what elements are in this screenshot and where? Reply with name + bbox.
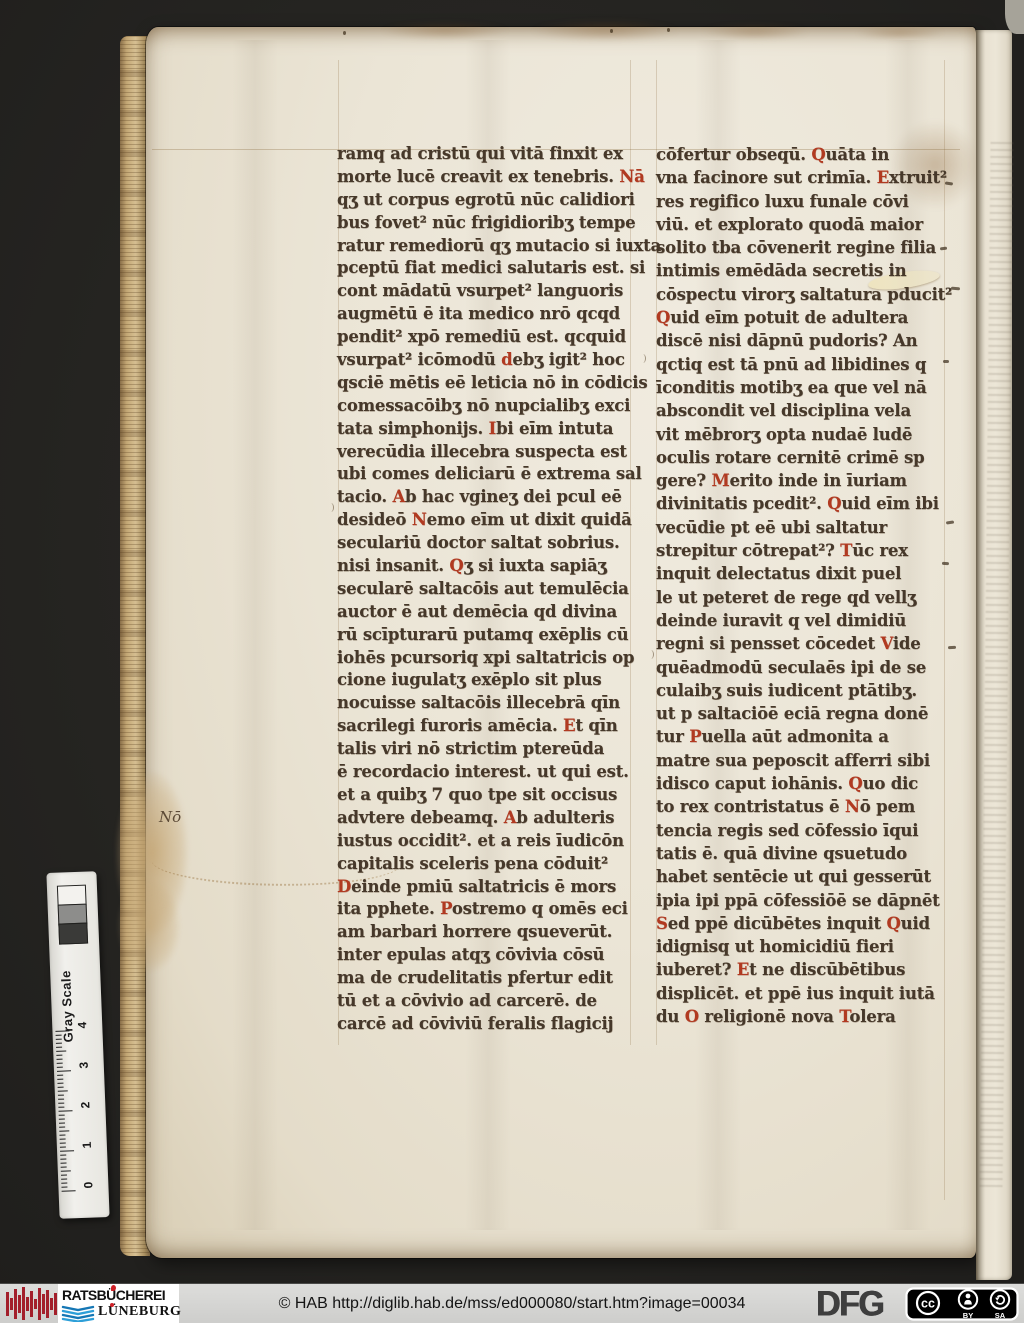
manuscript-text-line: tata simphonijs. Ibi eīm intuta bbox=[337, 418, 633, 441]
ruler-tick bbox=[59, 1110, 73, 1112]
manuscript-text-line: ratur remediorū qʒ mutacio si iuxta bbox=[337, 235, 633, 258]
photo-background: ramq ad cristū qui vitā finxit exmorte l… bbox=[0, 0, 1024, 1283]
intercolumn-mark bbox=[648, 650, 654, 659]
manuscript-text-line: talis viri nō strictim ptereūda bbox=[337, 738, 633, 761]
svg-text:SA: SA bbox=[995, 1311, 1006, 1320]
manuscript-text-line: tū et a cōvivio ad carcerē. de bbox=[337, 990, 633, 1013]
manuscript-text-line: vsurpat² icōmodū debʒ igit² hoc bbox=[337, 349, 633, 372]
manuscript-text-line: sacrilegi furoris amēcia. Et qīn bbox=[337, 715, 633, 738]
manuscript-text-line: tur Puella aūt admonita a bbox=[656, 725, 948, 748]
manuscript-text-line: augmētū ē ita medico nrō qcqd bbox=[337, 303, 633, 326]
pricking-mark bbox=[610, 29, 613, 33]
ruler-tick bbox=[58, 1087, 64, 1089]
manuscript-text-line: seculariū doctor saltat sobrius. bbox=[337, 532, 633, 555]
manuscript-text-line: abscondit vel disciplina vela bbox=[656, 399, 948, 422]
ruler-tick bbox=[60, 1155, 66, 1157]
ruler-tick bbox=[57, 1067, 63, 1069]
manuscript-text-line: rū scīpturarū putamq exēplis cū bbox=[337, 624, 633, 647]
pricking-mark bbox=[667, 28, 670, 32]
manuscript-text-line: ma de crudelitatis pfertur edit bbox=[337, 967, 633, 990]
ruler-tick bbox=[60, 1147, 66, 1149]
manuscript-text-line: viū. et explorato quodā maior bbox=[656, 213, 948, 236]
manuscript-text-line: bus fovet² nūc frigidioribʒ tempe bbox=[337, 212, 633, 235]
dfg-logo: DFG bbox=[816, 1284, 883, 1323]
ruler-tick bbox=[58, 1099, 64, 1101]
ruler-tick bbox=[58, 1095, 64, 1097]
manuscript-text-line: qctiq est tā pnū ad libidines q bbox=[656, 353, 948, 376]
manuscript-text-line: pceptū fiat medici salutaris est. si bbox=[337, 257, 633, 280]
ruler-number: 3 bbox=[77, 1062, 91, 1069]
manuscript-text-line: secularē saltacōis aut temulēcia bbox=[337, 578, 633, 601]
manuscript-text-line: to rex contristatus ē Nō pem bbox=[656, 795, 948, 818]
ruler-tick bbox=[61, 1163, 67, 1165]
ruler-tick bbox=[59, 1127, 65, 1129]
cc-license-badge: cc BY SA bbox=[905, 1287, 1019, 1323]
parchment-crease bbox=[232, 40, 278, 1230]
manuscript-text-line: idignisq ut homicidiū fieri bbox=[656, 935, 948, 958]
manuscript-text-line: iustus occidit². et a reis īudicōn bbox=[337, 830, 633, 853]
manuscript-text-line: tencia regis sed cōfessio īqui bbox=[656, 819, 948, 842]
manuscript-text-line: capitalis sceleris pena cōduit² bbox=[337, 853, 633, 876]
ruler-tick bbox=[61, 1175, 67, 1177]
intercolumn-mark bbox=[640, 354, 646, 363]
manuscript-text-line: deinde iuravit q vel dimidiū bbox=[656, 609, 948, 632]
manuscript-text-line: ita pphete. Postremo q omēs eci bbox=[337, 898, 633, 921]
manuscript-text-line: et a quibʒ 7 quo tpe sit occisus bbox=[337, 784, 633, 807]
manuscript-text-line: cione iugulatʒ exēplo sit plus bbox=[337, 669, 633, 692]
manuscript-column-left: ramq ad cristū qui vitā finxit exmorte l… bbox=[337, 143, 633, 1036]
manuscript-text-line: īconditis motibʒ ea que vel nā bbox=[656, 376, 948, 399]
manuscript-text-line: solito tba cōvenerit regine filia bbox=[656, 236, 948, 259]
manuscript-text-line: regni si pensset cōcedet Vide bbox=[656, 632, 948, 655]
manuscript-text-line: vecūdie pt eē ubi saltatur bbox=[656, 516, 948, 539]
manuscript-text-line: du O religionē nova Tolera bbox=[656, 1005, 948, 1028]
manuscript-text-line: nisi insanit. Qʒ si iuxta sapiāʒ bbox=[337, 555, 633, 578]
ruler-tick bbox=[57, 1070, 71, 1072]
manuscript-text-line: qsciē mētis eē leticia nō in cōdicis bbox=[337, 372, 633, 395]
bleed-through-text bbox=[980, 142, 1014, 1192]
ruler-tick bbox=[58, 1103, 64, 1105]
manuscript-text-line: cōspectu virorʒ saltatura pducit² bbox=[656, 283, 948, 306]
manuscript-text-line: oculis rotare cernitē crimē sp bbox=[656, 446, 948, 469]
manuscript-text-line: displicēt. et ppē ius inquit iutā bbox=[656, 982, 948, 1005]
ruler-tick bbox=[59, 1130, 69, 1132]
ruler-tick bbox=[57, 1059, 63, 1061]
ruler-tick bbox=[56, 1055, 62, 1057]
manuscript-column-right: cōfertur obseqū. Quāta invna facinore su… bbox=[656, 143, 948, 1028]
manuscript-text-line: inter epulas atqʒ cōvivia cōsū bbox=[337, 944, 633, 967]
ruler-number: 2 bbox=[78, 1101, 92, 1108]
ruler-tick bbox=[61, 1187, 67, 1189]
svg-text:cc: cc bbox=[921, 1297, 935, 1311]
ruler-number: 1 bbox=[80, 1141, 94, 1148]
facing-page-sliver bbox=[976, 30, 1012, 1280]
manuscript-text-line: cont mādatū vsurpet² languoris bbox=[337, 280, 633, 303]
gray-scale-ruler: Gray Scale 43210 bbox=[46, 871, 109, 1219]
manuscript-text-line: ē recordacio interest. ut qui est. bbox=[337, 761, 633, 784]
margin-mark bbox=[328, 503, 334, 512]
manuscript-text-line: desideō Nemo eīm ut dixit quidā bbox=[337, 509, 633, 532]
ruler-tick bbox=[61, 1183, 67, 1185]
ruler-tick bbox=[61, 1167, 67, 1169]
manuscript-text-line: le ut peteret de rege qd vellʒ bbox=[656, 586, 948, 609]
manuscript-text-line: iohēs pcursoriq xpi saltatricis op bbox=[337, 647, 633, 670]
manuscript-text-line: matre sua peposcit afferri sibi bbox=[656, 749, 948, 772]
manuscript-text-line: discē nisi dāpnū pudoris? An bbox=[656, 329, 948, 352]
manuscript-text-line: auctor ē aut demēcia qd divina bbox=[337, 601, 633, 624]
manuscript-text-line: morte lucē creavit ex tenebris. Nā bbox=[337, 166, 633, 189]
page-edge-scorch bbox=[380, 22, 510, 40]
ruler-scale: 43210 bbox=[52, 1029, 108, 1197]
ruler-tick bbox=[61, 1170, 71, 1172]
ruler-tick bbox=[59, 1119, 65, 1121]
ruler-tick bbox=[60, 1150, 74, 1152]
manuscript-text-line: divinitatis pcedit². Quid eīm ibi bbox=[656, 492, 948, 515]
water-stain bbox=[118, 880, 180, 972]
ruler-tick bbox=[56, 1047, 62, 1049]
manuscript-text-line: gere? Merito inde in īuriam bbox=[656, 469, 948, 492]
manuscript-text-line: advtere debeamq. Ab adulteris bbox=[337, 807, 633, 830]
manuscript-text-line: pendit² xpō remediū est. qcquid bbox=[337, 326, 633, 349]
manuscript-text-line: Sed ppē dicūbētes inquit Quid bbox=[656, 912, 948, 935]
manuscript-text-line: ipia ipi ppā cōfessiōē se dāpnēt bbox=[656, 889, 948, 912]
background-corner-wedge bbox=[1005, 0, 1024, 34]
gray-patch-dark bbox=[58, 923, 88, 945]
manuscript-text-line: comessacōibʒ nō nupcialibʒ exci bbox=[337, 395, 633, 418]
manuscript-text-line: strepitur cōtrepat²? Tūc rex bbox=[656, 539, 948, 562]
manuscript-text-line: qʒ ut corpus egrotū nūc calidiori bbox=[337, 189, 633, 212]
manuscript-text-line: verecūdia illecebra suspecta est bbox=[337, 441, 633, 464]
manuscript-text-line: habet sentēcie ut qui gesserūt bbox=[656, 865, 948, 888]
manuscript-text-line: res regifico luxu funale cōvi bbox=[656, 190, 948, 213]
ruler-tick bbox=[55, 1030, 69, 1032]
ruler-tick bbox=[57, 1063, 63, 1065]
page-edge-scorch bbox=[700, 24, 810, 40]
manuscript-text-line: nocuisse saltacōis illecebrā qīn bbox=[337, 692, 633, 715]
ruler-tick bbox=[57, 1079, 63, 1081]
manuscript-text-line: Deinde pmiū saltatricis ē mors bbox=[337, 876, 633, 899]
digitized-manuscript-viewer-image: ramq ad cristū qui vitā finxit exmorte l… bbox=[0, 0, 1024, 1323]
manuscript-text-line: ramq ad cristū qui vitā finxit ex bbox=[337, 143, 633, 166]
manuscript-text-line: vna facinore sut crimīa. Extruit² bbox=[656, 166, 948, 189]
pricking-mark bbox=[343, 31, 346, 35]
ruler-tick bbox=[56, 1043, 62, 1045]
ruler-tick bbox=[59, 1135, 65, 1137]
margin-ink-mark bbox=[951, 287, 960, 290]
manuscript-text-line: carcē ad cōviviū feralis flagicij bbox=[337, 1013, 633, 1036]
footer-bar: RATSBÜCHEREI LÜNEBURG © HAB http://digli… bbox=[0, 1283, 1024, 1323]
manuscript-text-line: tatis ē. quā divine qsuetudo bbox=[656, 842, 948, 865]
ruler-tick bbox=[60, 1159, 66, 1161]
manuscript-text-line: quēadmodū seculaēs ipi de se bbox=[656, 656, 948, 679]
marginal-note: Nō bbox=[159, 808, 181, 826]
ruler-tick bbox=[56, 1035, 62, 1037]
manuscript-text-line: idisco caput iohānis. Quo dic bbox=[656, 772, 948, 795]
ruler-tick bbox=[56, 1039, 62, 1041]
manuscript-text-line: inquit delectatus dixit puel bbox=[656, 562, 948, 585]
manuscript-text-line: vit mēbrorʒ opta nudaē ludē bbox=[656, 423, 948, 446]
manuscript-text-line: iuberet? Et ne discūbētibus bbox=[656, 958, 948, 981]
ruler-tick bbox=[57, 1075, 63, 1077]
page-edge-scorch bbox=[530, 20, 680, 42]
svg-text:BY: BY bbox=[963, 1311, 973, 1320]
ruler-tick bbox=[60, 1143, 66, 1145]
manuscript-text-line: ubi comes deliciarū ē extrema sal bbox=[337, 463, 633, 486]
manuscript-text-line: culaibʒ suis iudicent ptātibʒ. bbox=[656, 679, 948, 702]
ruler-tick bbox=[58, 1107, 64, 1109]
ruler-number: 0 bbox=[81, 1181, 95, 1188]
ruler-tick bbox=[60, 1139, 66, 1141]
ruler-tick bbox=[59, 1115, 65, 1117]
manuscript-text-line: tacio. Ab hac vgineʒ dei pcul eē bbox=[337, 486, 633, 509]
ruler-number: 4 bbox=[75, 1022, 89, 1029]
ruler-tick bbox=[57, 1083, 63, 1085]
manuscript-text-line: ut p saltaciōē eciā regna donē bbox=[656, 702, 948, 725]
ruler-tick bbox=[56, 1050, 66, 1052]
ruler-tick bbox=[61, 1179, 67, 1181]
manuscript-text-line: Quid eīm potuit de adultera bbox=[656, 306, 948, 329]
ruler-tick bbox=[58, 1090, 68, 1092]
manuscript-text-line: cōfertur obseqū. Quāta in bbox=[656, 143, 948, 166]
page-edge-scorch bbox=[855, 26, 945, 40]
manuscript-text-line: intimis emēdāda secretis in bbox=[656, 259, 948, 282]
manuscript-text-line: am barbari horrere qsueverūt. bbox=[337, 921, 633, 944]
ruler-tick bbox=[62, 1190, 76, 1192]
ruler-tick bbox=[59, 1123, 65, 1125]
